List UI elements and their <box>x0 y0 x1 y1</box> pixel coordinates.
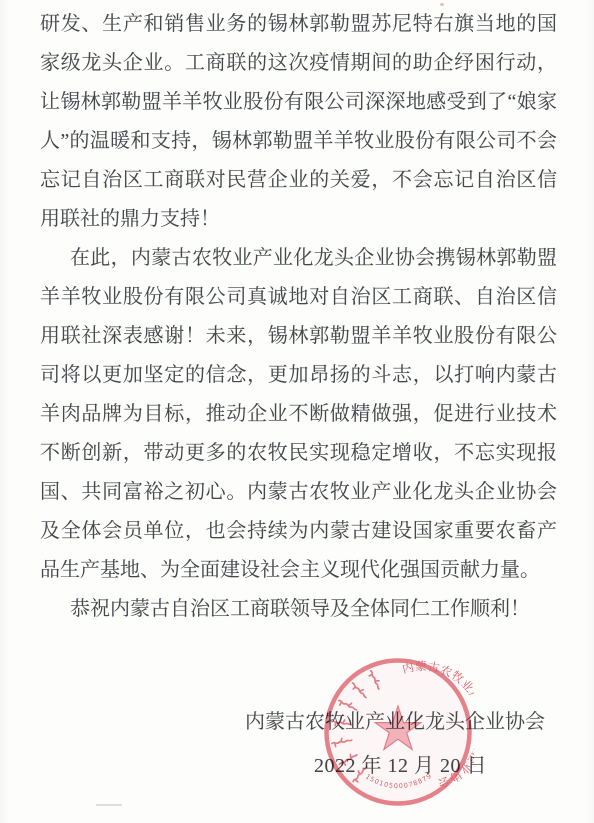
date-line: 2022 年 12 月 20 日 <box>40 747 557 786</box>
paragraph: 研发、生产和销售业务的锡林郭勒盟苏尼特右旗当地的国家级龙头企业。工商联的这次疫情… <box>40 5 557 239</box>
scan-speck <box>96 804 122 806</box>
paragraph: 恭祝内蒙古自治区工商联领导及全体同仁工作顺利！ <box>40 590 557 629</box>
signature-line: 内蒙古农牧业产业化龙头企业协会 <box>40 703 557 742</box>
letter-body: 研发、生产和销售业务的锡林郭勒盟苏尼特右旗当地的国家级龙头企业。工商联的这次疫情… <box>40 5 557 629</box>
paragraph: 在此，内蒙古农牧业产业化龙头企业协会携锡林郭勒盟羊羊牧业股份有限公司真诚地对自治… <box>40 239 557 590</box>
document-page: 研发、生产和销售业务的锡林郭勒盟苏尼特右旗当地的国家级龙头企业。工商联的这次疫情… <box>0 0 594 823</box>
